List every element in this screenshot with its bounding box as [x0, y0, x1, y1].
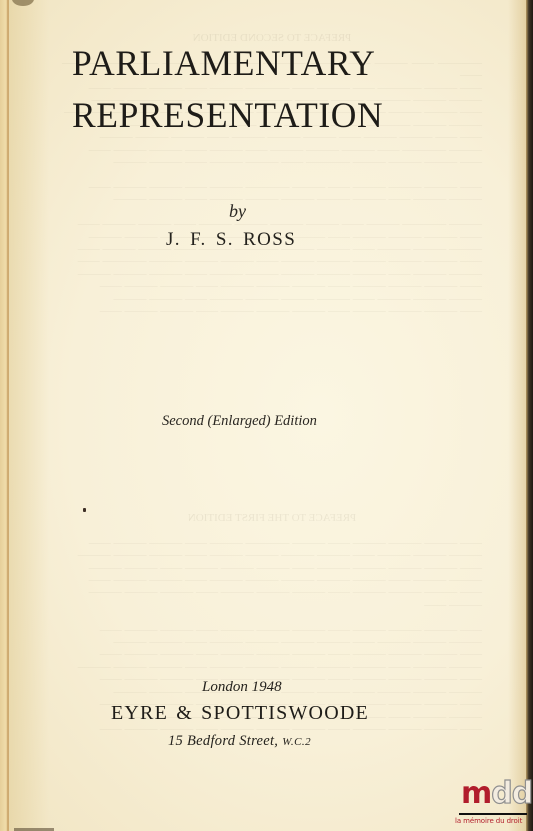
- show-through-heading-2: PREFACE TO THE FIRST EDITION: [62, 512, 482, 524]
- logo-rule: [459, 813, 527, 815]
- page-edge-shadow: [508, 0, 526, 831]
- book-title-line-1: PARLIAMENTARY: [72, 46, 375, 82]
- logo-tagline: la mémoire du droit: [455, 817, 522, 825]
- page-edge: [526, 0, 533, 831]
- book-title-line-2: REPRESENTATION: [72, 98, 383, 134]
- publisher-address: 15 Bedford Street, W.C.2: [168, 733, 311, 750]
- address-district: W.C.2: [282, 736, 311, 748]
- edition-statement: Second (Enlarged) Edition: [162, 413, 317, 430]
- title-page: PREFACE TO SECOND EDITION ———— —— ——— ——…: [0, 0, 533, 831]
- logo-wordmark: mdd: [461, 777, 532, 809]
- mdd-logo: mdd la mémoire du droit: [453, 777, 531, 829]
- logo-letter-m: m: [461, 779, 491, 809]
- logo-letters-dd: dd: [491, 779, 532, 809]
- publisher-name: EYRE & SPOTTISWOODE: [111, 702, 369, 725]
- byline-by: by: [229, 201, 246, 222]
- author-name: J. F. S. ROSS: [166, 229, 296, 251]
- address-street: 15 Bedford Street,: [168, 733, 278, 749]
- gutter-shadow: [9, 0, 49, 831]
- place-and-year: London 1948: [202, 679, 282, 696]
- ink-speck: [83, 508, 86, 512]
